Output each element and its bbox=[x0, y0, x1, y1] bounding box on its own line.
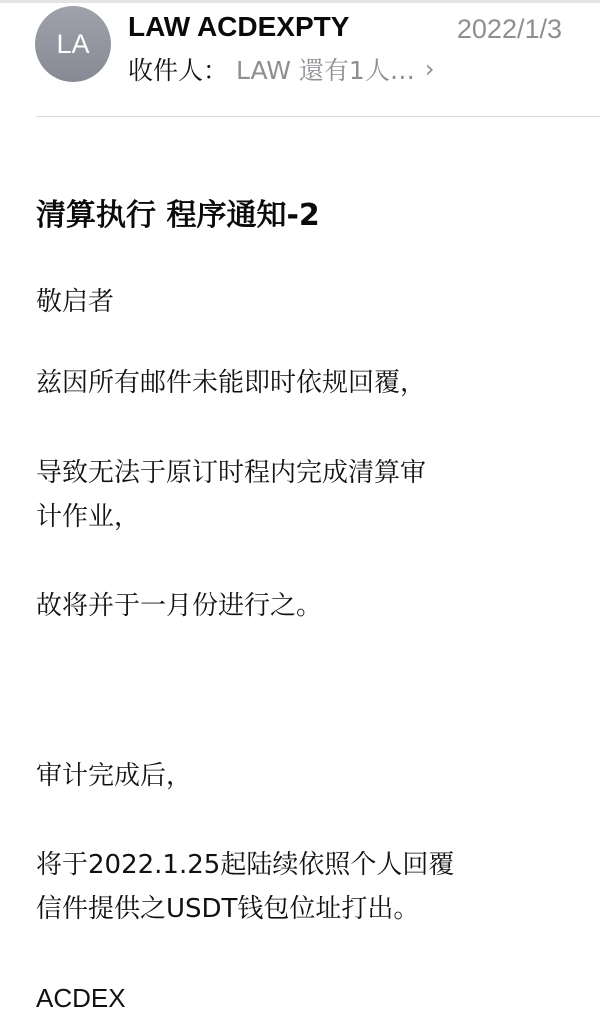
sender-avatar[interactable]: LA bbox=[35, 6, 111, 82]
avatar-initials: LA bbox=[56, 29, 89, 60]
chevron-right-icon[interactable]: › bbox=[425, 55, 435, 83]
email-header: LA LAW ACDEXPTY 2022/1/3 收件人： LAW 還有1人… … bbox=[0, 0, 600, 118]
body-paragraph-3: 故将并于一月份进行之。 bbox=[36, 584, 322, 628]
body-greeting: 敬启者 bbox=[36, 280, 114, 324]
sender-name[interactable]: LAW ACDEXPTY bbox=[128, 11, 349, 43]
email-date: 2022/1/3 bbox=[457, 14, 562, 45]
body-paragraph-2-line-2: 计作业， bbox=[36, 495, 140, 539]
body-paragraph-4: 审计完成后， bbox=[36, 754, 192, 798]
body-paragraph-1: 兹因所有邮件未能即时依规回覆， bbox=[36, 361, 426, 405]
recipients-value: LAW 還有1人… bbox=[236, 51, 415, 87]
body-signature: ACDEX bbox=[36, 976, 126, 1020]
email-subject: 清算执行 程序通知-2 bbox=[36, 190, 320, 234]
recipients-row[interactable]: 收件人： LAW 還有1人… › bbox=[128, 51, 434, 87]
recipients-label: 收件人： bbox=[128, 51, 228, 87]
body-paragraph-5-line-1: 将于2022.1.25起陆续依照个人回覆 bbox=[36, 843, 454, 887]
header-divider bbox=[36, 116, 600, 117]
body-paragraph-2-line-1: 导致无法于原订时程内完成清算审 bbox=[36, 451, 426, 495]
body-paragraph-5-line-2: 信件提供之USDT钱包位址打出。 bbox=[36, 887, 419, 931]
